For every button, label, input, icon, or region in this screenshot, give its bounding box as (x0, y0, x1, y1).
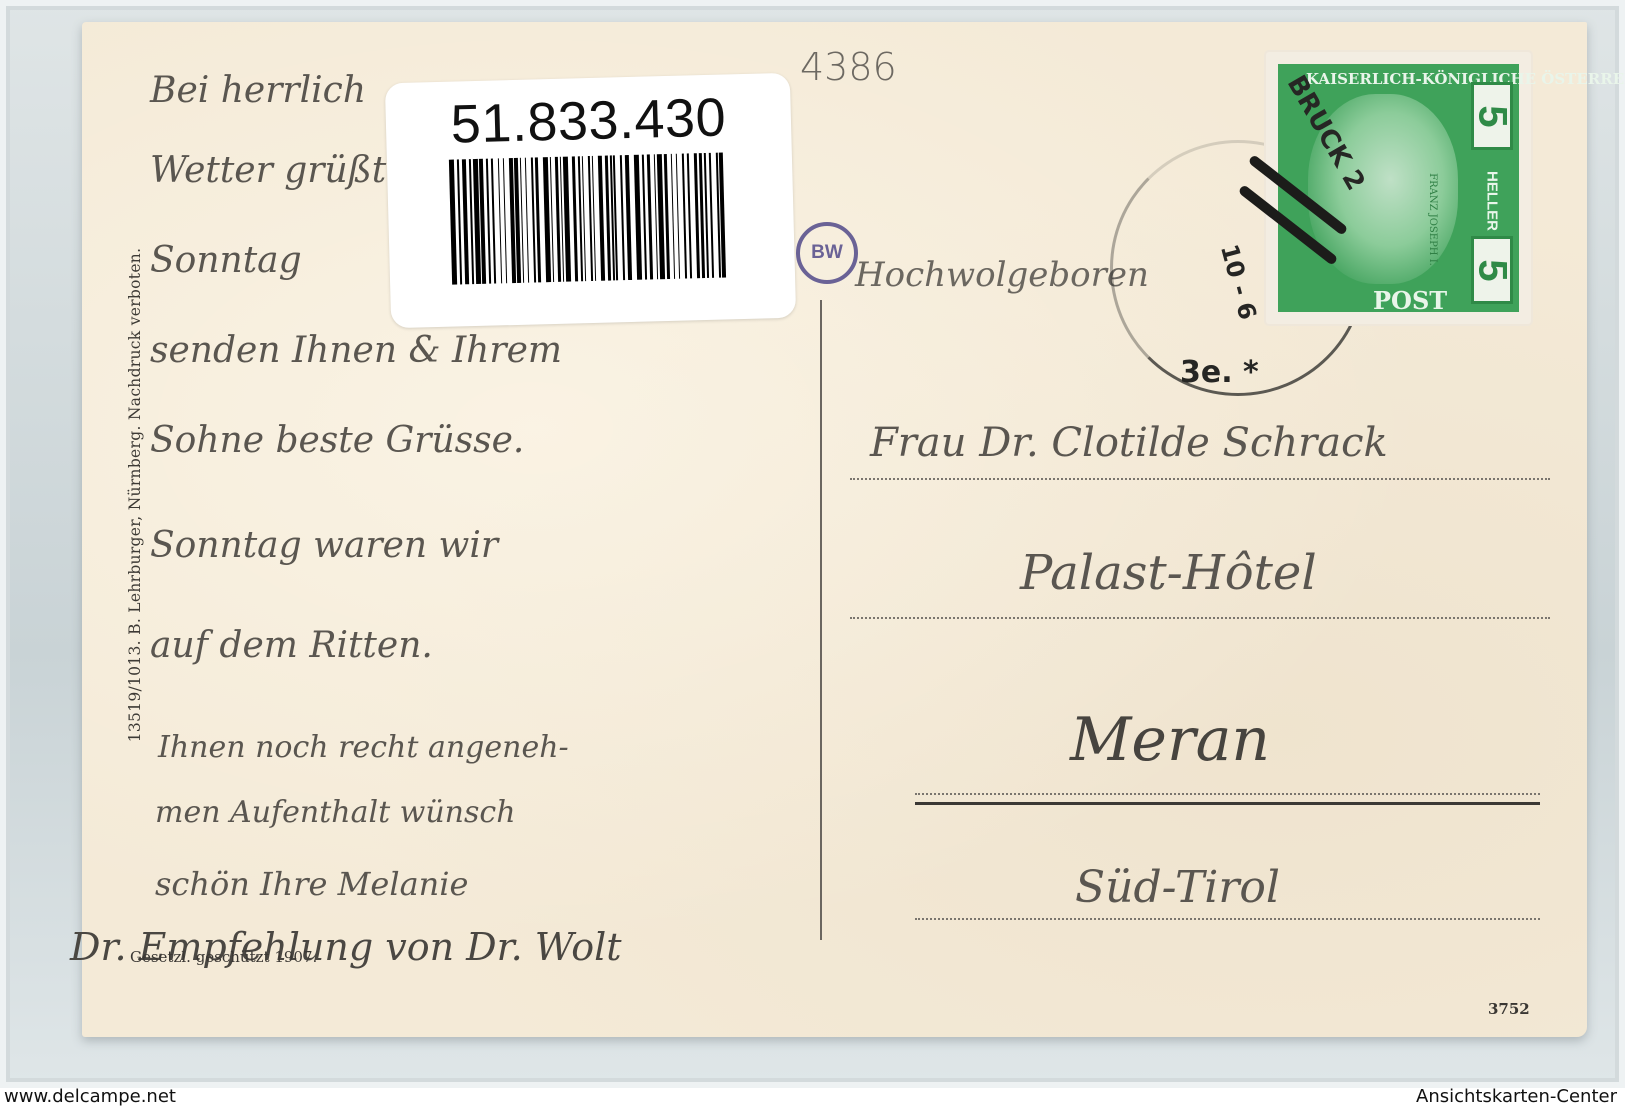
message-line: men Aufenthalt wünsch (155, 795, 516, 830)
barcode-label: 51.833.430 (385, 73, 796, 329)
publisher-imprint: 13519/1013. B. Lehrburger, Nürnberg. Nac… (120, 100, 150, 890)
address-city: Meran (1070, 705, 1270, 775)
address-line (850, 617, 1550, 619)
stamp-post-text: POST (1373, 286, 1447, 315)
message-line: senden Ihnen & Ihrem (150, 330, 562, 371)
pencil-inventory-number: 4386 (800, 45, 897, 89)
message-line: Sohne beste Grüsse. (150, 420, 524, 461)
address-line-underline (915, 802, 1540, 805)
address-salutation: Hochwolgeboren (855, 255, 1149, 295)
stamp-country-text: KAISERLICH-KÖNIGLICHE ÖSTERREICHISCHE (1306, 70, 1625, 88)
barcode-icon (449, 152, 732, 284)
watermark-bar: www.delcampe.net Ansichtskarten-Center (0, 1088, 1625, 1107)
message-line: Sonntag waren wir (150, 525, 498, 566)
address-hotel: Palast-Hôtel (1020, 545, 1317, 601)
message-line: schön Ihre Melanie (155, 865, 468, 903)
message-line: Sonntag (150, 240, 302, 281)
message-line: Ihnen noch recht angeneh- (158, 730, 569, 765)
address-region: Süd-Tirol (1075, 862, 1280, 913)
watermark-left: www.delcampe.net (4, 1086, 176, 1107)
stamp-value-bottom: 5 (1471, 236, 1513, 304)
card-number: 3752 (1488, 1000, 1530, 1018)
message-line: auf dem Ritten. (150, 625, 433, 666)
address-line (850, 478, 1550, 480)
collector-stamp: BW (796, 222, 858, 284)
barcode-number: 51.833.430 (385, 85, 791, 158)
message-line: Bei herrlich (150, 70, 366, 111)
stamp-portrait-caption: FRANZ JOSEPH I. (1427, 173, 1438, 266)
address-recipient: Frau Dr. Clotilde Schrack (870, 420, 1388, 466)
stamp-value-top: 5 (1471, 82, 1513, 150)
watermark-right: Ansichtskarten-Center (1416, 1086, 1617, 1107)
address-line (915, 918, 1540, 920)
postmark-code: 3e. * (1180, 355, 1259, 390)
address-line (915, 793, 1540, 795)
copyright-line: Gesetzl. geschützt 1907. (130, 948, 317, 966)
card-divider-line (820, 300, 822, 940)
stamp-denomination: HELLER (1477, 166, 1507, 236)
